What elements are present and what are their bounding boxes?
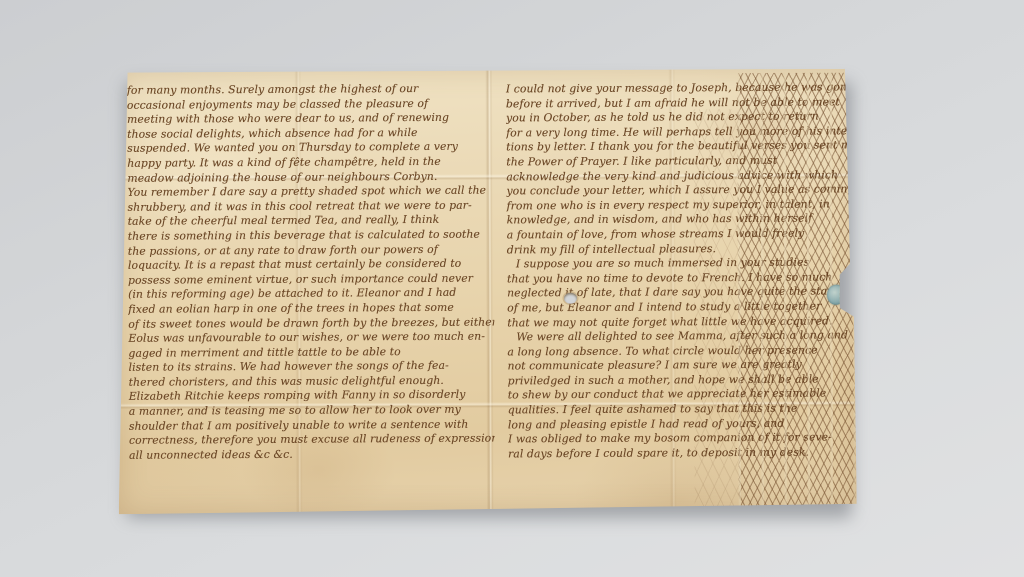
letter-paper: for many months. Surely amongst the high…	[117, 69, 857, 515]
manuscript-line: of me, but Eleanor and I intend to study…	[507, 299, 855, 316]
manuscript-line: happy party. It was a kind of fête champ…	[127, 154, 493, 171]
manuscript-line: I could not give your message to Joseph,…	[506, 80, 854, 97]
manuscript-line: Eolus was unfavourable to our wishes, or…	[128, 330, 494, 347]
page-left-text: for many months. Surely amongst the high…	[127, 82, 495, 476]
photo-background: for many months. Surely amongst the high…	[0, 0, 1024, 577]
manuscript-line: a long long absence. To what circle woul…	[507, 343, 855, 360]
manuscript-line: there is something in this beverage that…	[128, 227, 494, 244]
worm-hole	[564, 293, 577, 304]
manuscript-line: all unconnected ideas &c &c.	[129, 446, 495, 463]
manuscript-line: meeting with those who were dear to us, …	[127, 111, 493, 128]
manuscript-line: a fountain of love, from whose streams I…	[507, 226, 855, 243]
manuscript-line: to shew by our conduct that we appreciat…	[508, 387, 856, 404]
manuscript-line: ral days before I could spare it, to dep…	[508, 445, 856, 462]
page-right-text: I could not give your message to Joseph,…	[506, 80, 856, 472]
manuscript-line: fixed an eolian harp in one of the trees…	[128, 300, 494, 317]
manuscript-line: tions by letter. I thank you for the bea…	[506, 139, 854, 156]
manuscript-line: correctness, therefore you must excuse a…	[129, 432, 495, 449]
